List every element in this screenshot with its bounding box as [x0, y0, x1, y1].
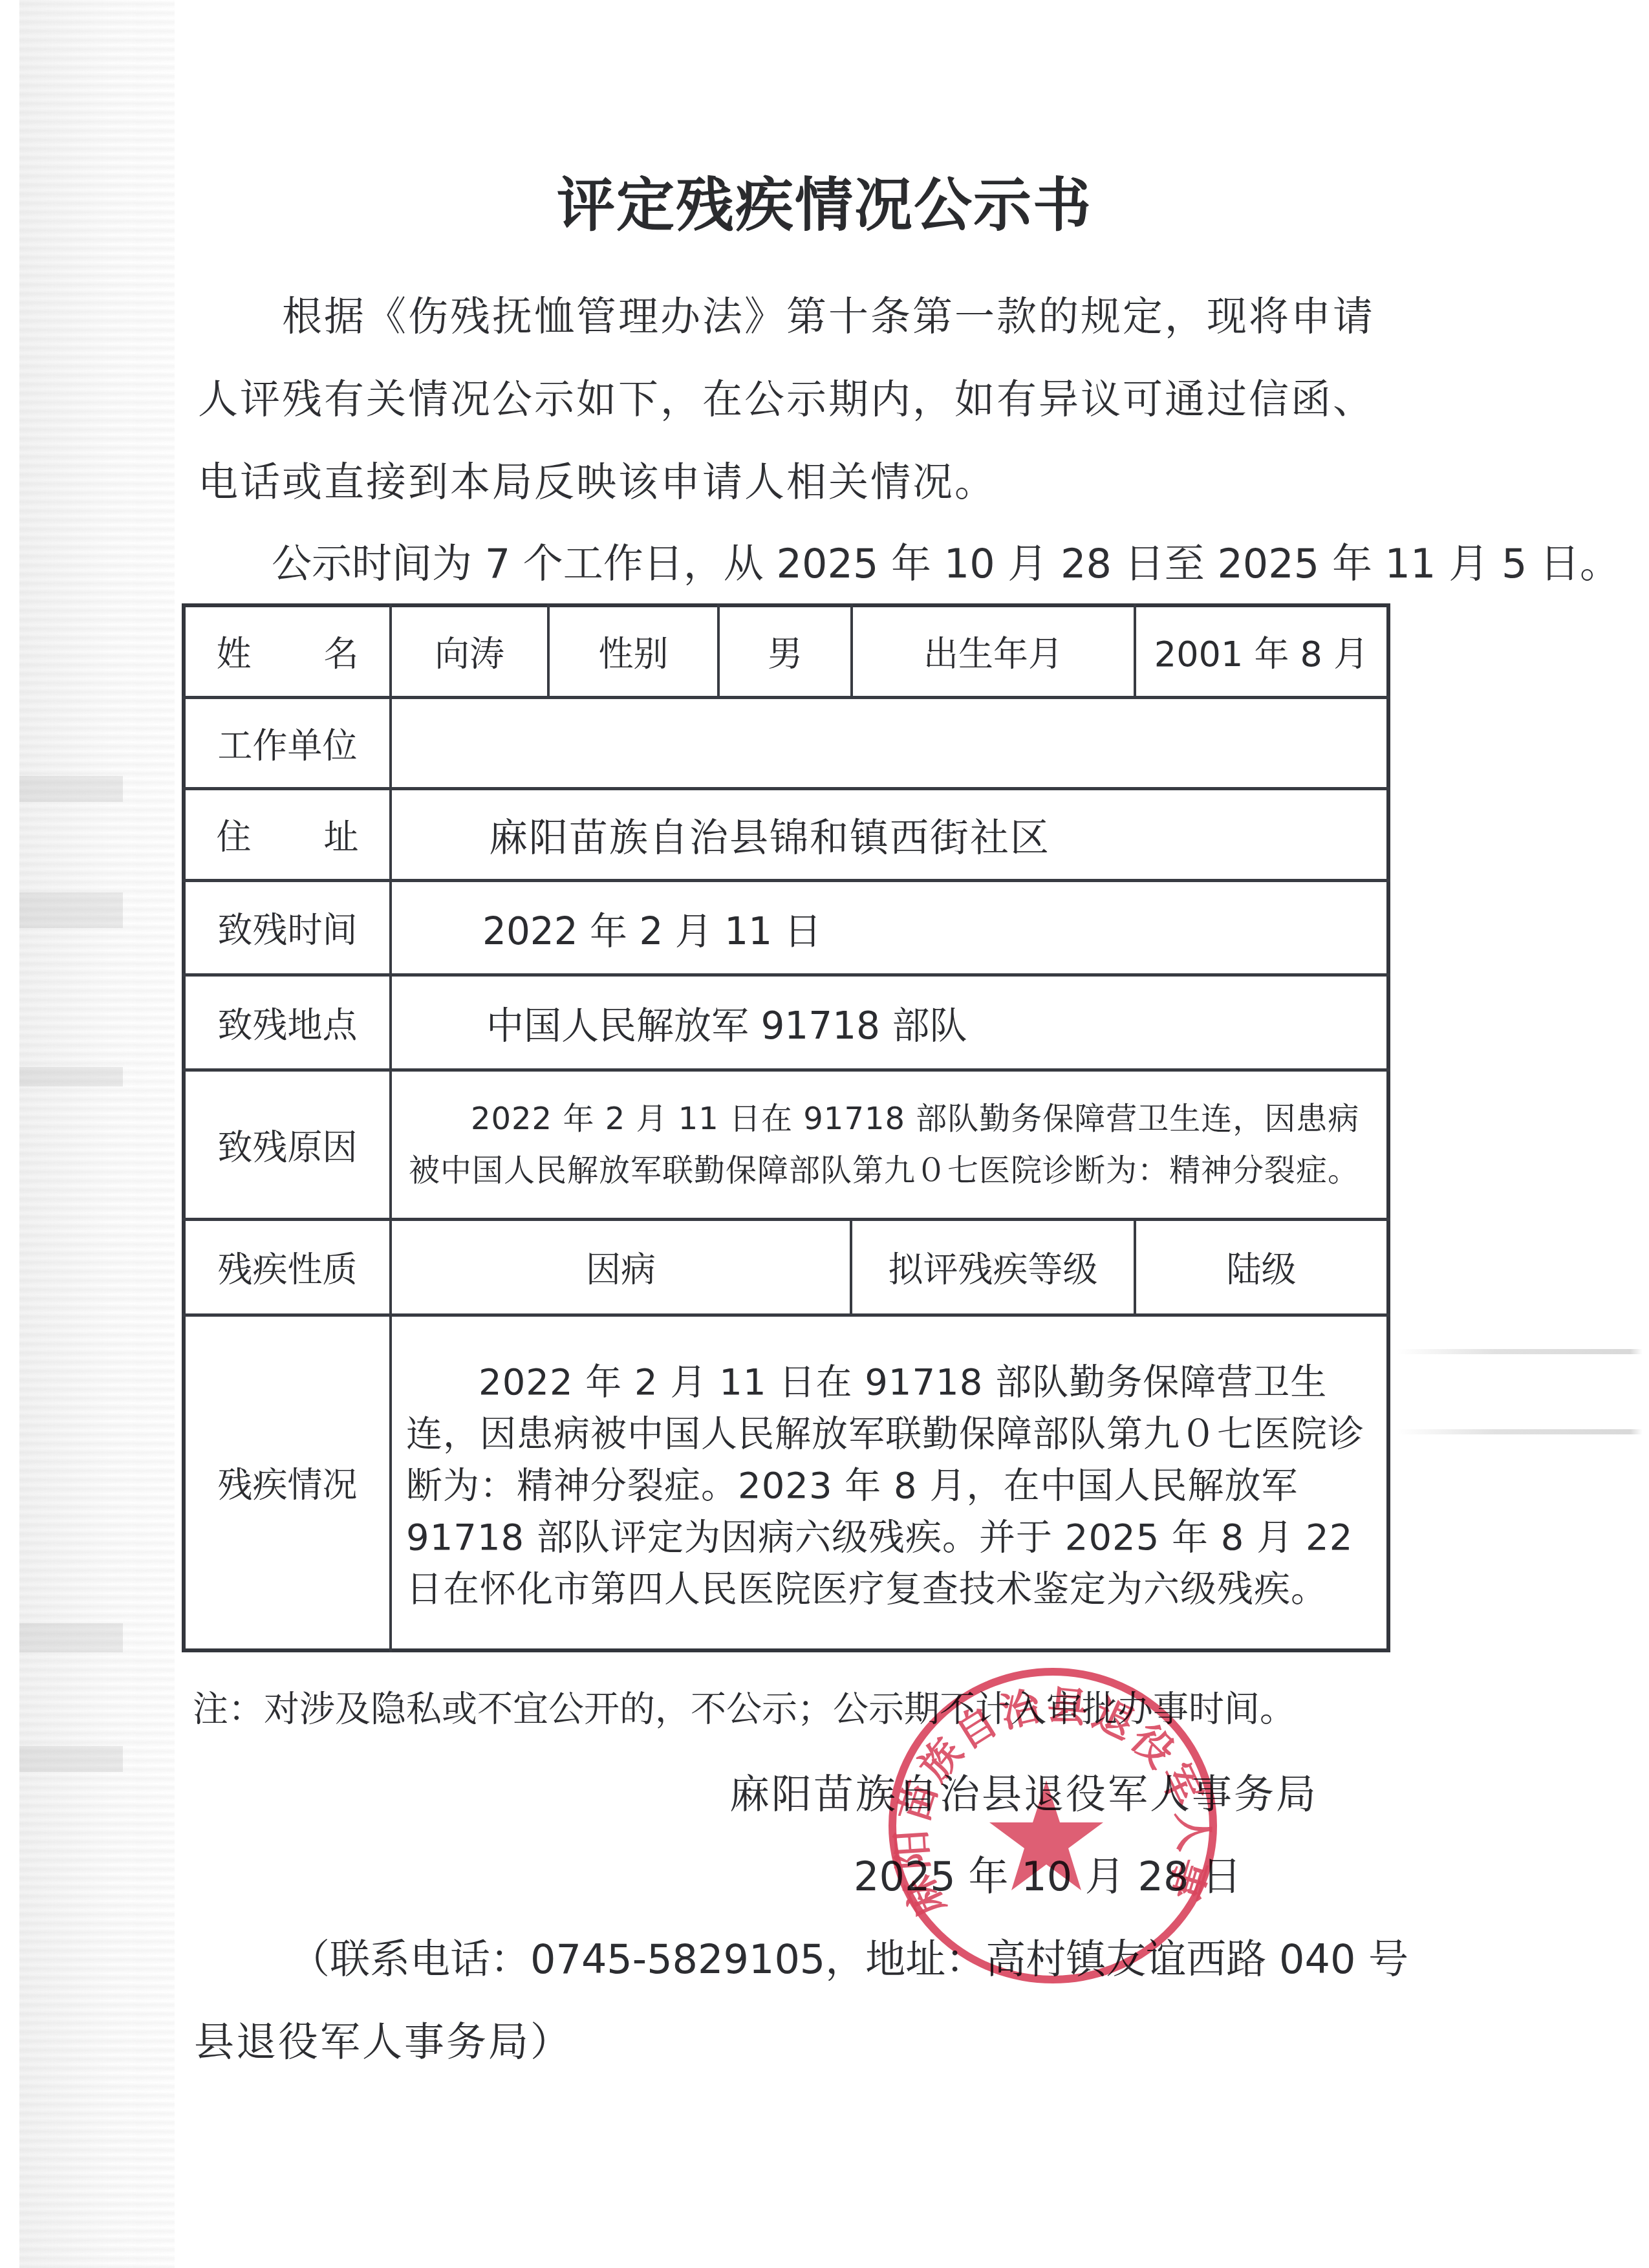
scan-streak [1397, 1349, 1643, 1354]
value-proposed-grade: 陆级 [1136, 1221, 1386, 1313]
value-disability-cause: 2022 年 2 月 11 日在 91718 部队勤务保障营卫生连，因患病被中国… [409, 1093, 1372, 1196]
label-disability-time: 致残时间 [186, 882, 389, 973]
label-address: 住 址 [186, 790, 389, 879]
label-disability-situation: 残疾情况 [186, 1317, 389, 1648]
contact-line-1: （联系电话：0745-5829105，地址：高村镇友谊西路 040 号 [290, 1927, 1408, 1985]
scan-noise-left-margin [19, 0, 175, 2268]
intro-line-2: 人评残有关情况公示如下，在公示期内，如有异议可通过信函、 [198, 374, 1375, 426]
label-proposed-grade: 拟评残疾等级 [852, 1221, 1134, 1313]
scan-noise-band [19, 1746, 123, 1772]
value-disability-situation: 2022 年 2 月 11 日在 91718 部队勤务保障营卫生连，因患病被中国… [406, 1357, 1376, 1615]
label-birth: 出生年月 [853, 607, 1134, 696]
label-name: 姓 名 [186, 607, 389, 696]
value-disability-nature: 因病 [392, 1221, 850, 1313]
contact-line-2: 县退役军人事务局） [194, 2010, 572, 2068]
intro-line-3: 电话或直接到本局反映该申请人相关情况。 [198, 457, 997, 508]
label-disability-place: 致残地点 [186, 977, 389, 1068]
value-name: 向涛 [392, 607, 547, 696]
label-disability-nature: 残疾性质 [186, 1221, 389, 1313]
svg-text:麻阳苗族自治县退役军人事务局: 麻阳苗族自治县退役军人事务局 [887, 1667, 1218, 1924]
label-char: 姓 [217, 627, 252, 676]
value-birth: 2001 年 8 月 [1136, 607, 1386, 696]
scan-noise-band [19, 1067, 123, 1086]
value-disability-situation-cell: 2022 年 2 月 11 日在 91718 部队勤务保障营卫生连，因患病被中国… [406, 1317, 1376, 1648]
intro-line-1: 根据《伤残抚恤管理办法》第十条第一款的规定，现将申请 [282, 291, 1375, 343]
scan-noise-band [19, 776, 123, 802]
label-disability-cause: 致残原因 [186, 1072, 389, 1218]
value-disability-time: 2022 年 2 月 11 日 [482, 882, 1386, 973]
label-work-unit: 工作单位 [186, 699, 389, 787]
label-char: 址 [324, 810, 359, 859]
scan-noise-band [19, 892, 123, 928]
value-gender: 男 [720, 607, 850, 696]
seal-ring-text: 麻阳苗族自治县退役军人事务局 [887, 1667, 1218, 1924]
value-disability-cause-cell: 2022 年 2 月 11 日在 91718 部队勤务保障营卫生连，因患病被中国… [409, 1072, 1372, 1218]
label-char: 名 [324, 627, 359, 676]
official-seal: 麻阳苗族自治县退役军人事务局 [887, 1667, 1218, 1984]
label-char: 住 [217, 810, 252, 859]
page-title: 评定残疾情况公示书 [0, 169, 1649, 241]
scan-streak [1397, 1429, 1643, 1434]
value-address: 麻阳苗族自治县锦和镇西街社区 [489, 790, 1386, 879]
publicity-period-line: 公示时间为 7 个工作日，从 2025 年 10 月 28 日至 2025 年 … [272, 538, 1620, 590]
star-icon [989, 1780, 1103, 1890]
scan-noise-band [19, 1623, 123, 1652]
value-disability-place: 中国人民解放军 91718 部队 [486, 977, 1386, 1068]
value-work-unit [392, 699, 1386, 787]
label-gender: 性别 [550, 607, 717, 696]
